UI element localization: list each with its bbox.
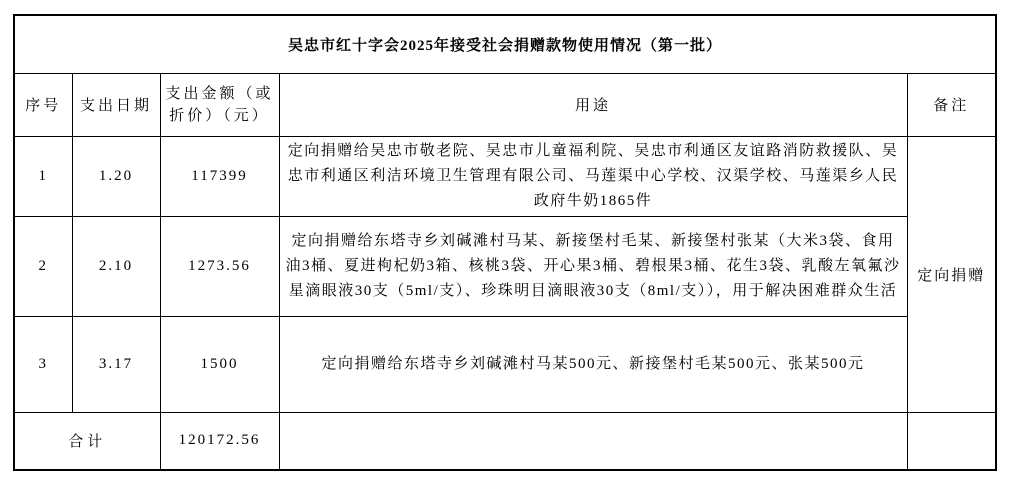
page: { "title": "吴忠市红十字会2025年接受社会捐赠款物使用情况（第一批… [0,0,1009,495]
total-row: 合计 120172.56 [14,412,996,470]
amount-cell: 1273.56 [160,216,279,316]
header-remark: 备注 [907,73,996,136]
total-remark-cell [907,412,996,470]
header-seq: 序号 [14,73,72,136]
amount-cell: 117399 [160,136,279,216]
page-title: 吴忠市红十字会2025年接受社会捐赠款物使用情况（第一批） [14,15,996,73]
total-label-cell: 合计 [14,412,160,470]
date-cell: 3.17 [72,316,160,412]
table-row: 1 1.20 117399 定向捐赠给吴忠市敬老院、吴忠市儿童福利院、吴忠市利通… [14,136,996,216]
seq-cell: 3 [14,316,72,412]
table-row: 3 3.17 1500 定向捐赠给东塔寺乡刘碱滩村马某500元、新接堡村毛某50… [14,316,996,412]
title-row: 吴忠市红十字会2025年接受社会捐赠款物使用情况（第一批） [14,15,996,73]
header-purpose: 用途 [279,73,907,136]
total-purpose-cell [279,412,907,470]
seq-cell: 2 [14,216,72,316]
donation-usage-table: 吴忠市红十字会2025年接受社会捐赠款物使用情况（第一批） 序号 支出日期 支出… [13,14,997,471]
donation-usage-sheet: 吴忠市红十字会2025年接受社会捐赠款物使用情况（第一批） 序号 支出日期 支出… [13,14,995,471]
purpose-cell: 定向捐赠给东塔寺乡刘碱滩村马某500元、新接堡村毛某500元、张某500元 [279,316,907,412]
purpose-cell: 定向捐赠给吴忠市敬老院、吴忠市儿童福利院、吴忠市利通区友谊路消防救援队、吴忠市利… [279,136,907,216]
date-cell: 2.10 [72,216,160,316]
total-amount-cell: 120172.56 [160,412,279,470]
remark-merged-cell: 定向捐赠 [907,136,996,412]
amount-cell: 1500 [160,316,279,412]
header-row: 序号 支出日期 支出金额（或折价）（元） 用途 备注 [14,73,996,136]
purpose-cell: 定向捐赠给东塔寺乡刘碱滩村马某、新接堡村毛某、新接堡村张某（大米3袋、食用油3桶… [279,216,907,316]
date-cell: 1.20 [72,136,160,216]
header-date: 支出日期 [72,73,160,136]
header-amount: 支出金额（或折价）（元） [160,73,279,136]
seq-cell: 1 [14,136,72,216]
table-row: 2 2.10 1273.56 定向捐赠给东塔寺乡刘碱滩村马某、新接堡村毛某、新接… [14,216,996,316]
